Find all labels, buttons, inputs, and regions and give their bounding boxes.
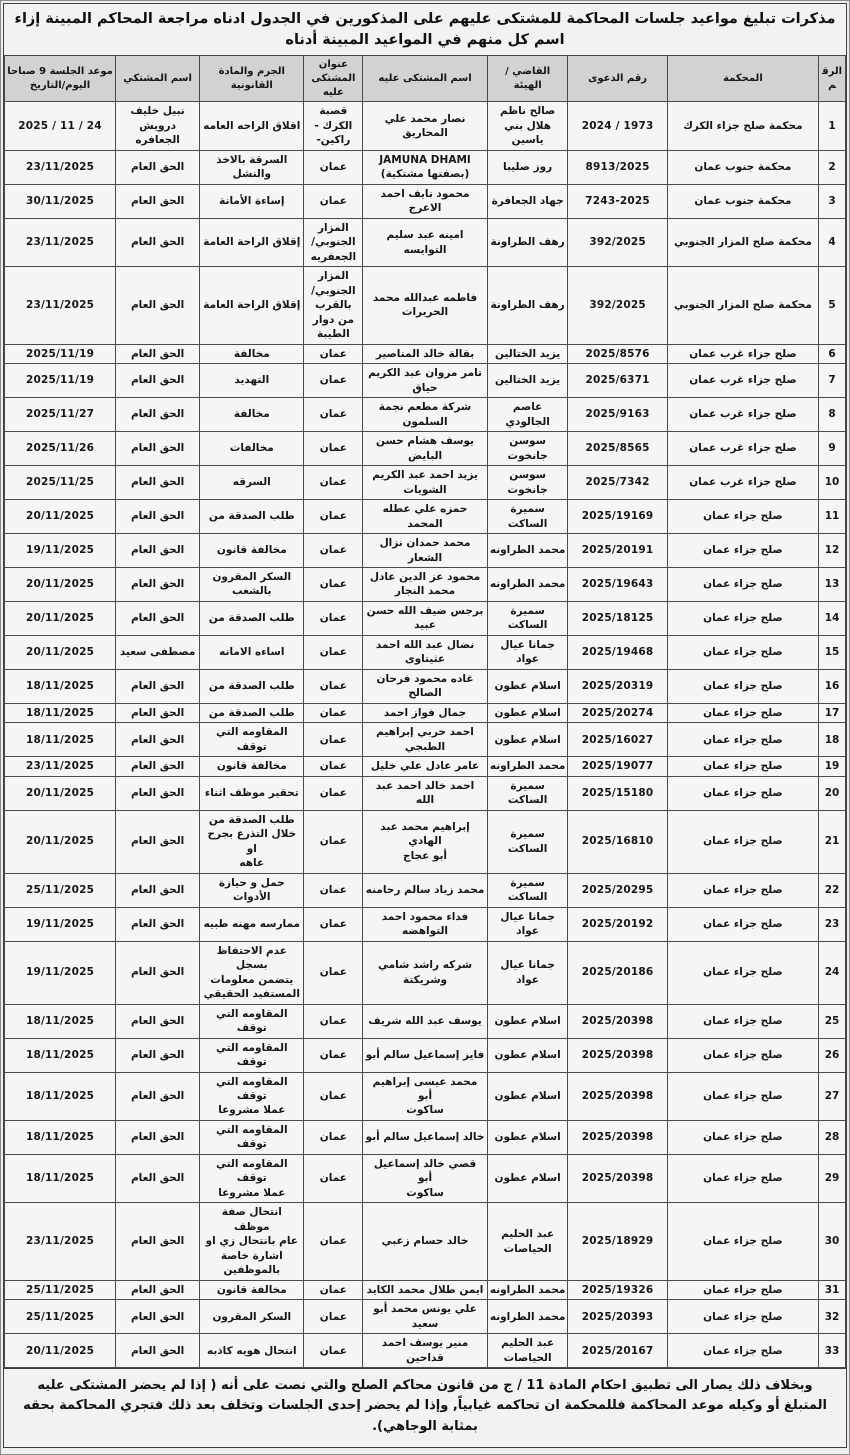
cell-case_no: 2025/19326 — [568, 1280, 667, 1299]
cell-complainant: الحق العام — [116, 703, 200, 722]
table-row: 13صلح جزاء عمان2025/19643محمد الطراونهمح… — [5, 567, 846, 601]
cell-case_no: 2025/20398 — [568, 1004, 667, 1038]
cell-court: صلح جزاء غرب عمان — [667, 466, 818, 500]
cell-address: قصبة الكرك - راكين- — [304, 102, 363, 150]
cell-judge: جمانا عيال عواد — [487, 941, 568, 1004]
cell-date: 24 / 11 / 2025 — [5, 102, 116, 150]
cell-date: 18/11/2025 — [5, 1154, 116, 1202]
table-row: 23صلح جزاء عمان2025/20192جمانا عيال عواد… — [5, 907, 846, 941]
table-row: 19صلح جزاء عمان2025/19077محمد الطراونهعا… — [5, 757, 846, 776]
cell-case_no: 2025/20191 — [568, 534, 667, 568]
column-header-address: عنوان المشتكى عليه — [304, 56, 363, 102]
cell-crime: المقاومه التي توقف عملا مشروعا — [200, 1072, 304, 1120]
cell-case_no: 2025/19468 — [568, 635, 667, 669]
cell-address: عمان — [304, 1004, 363, 1038]
cell-judge: عبد الحليم الحياصات — [487, 1334, 568, 1368]
cell-defendant: احمد خالد احمد عبد الله — [363, 776, 487, 810]
cell-court: صلح جزاء غرب عمان — [667, 364, 818, 398]
cell-address: عمان — [304, 669, 363, 703]
column-header-num: الرقم — [819, 56, 846, 102]
cell-court: محكمة جنوب عمان — [667, 150, 818, 184]
cell-court: صلح جزاء عمان — [667, 601, 818, 635]
cell-address: عمان — [304, 1120, 363, 1154]
cell-date: 23/11/2025 — [5, 218, 116, 266]
cell-crime: المقاومه التي توقف — [200, 1120, 304, 1154]
table-row: 6صلح جزاء غرب عمان2025/8576يزيد الختالين… — [5, 344, 846, 363]
cell-address: عمان — [304, 364, 363, 398]
column-header-crime: الجرم والمادة القانونية — [200, 56, 304, 102]
cell-crime: إقلاق الراحة العامة — [200, 267, 304, 344]
table-row: 5محكمة صلح المزار الجنوبي392/2025رهف الط… — [5, 267, 846, 344]
cell-case_no: 2025/7342 — [568, 466, 667, 500]
cell-crime: انتحال صفة موظف عام بانتحال زي او اشارة … — [200, 1203, 304, 1280]
cell-date: 20/11/2025 — [5, 776, 116, 810]
cell-complainant: الحق العام — [116, 776, 200, 810]
cell-judge: عاصم الجالودي — [487, 398, 568, 432]
cell-complainant: الحق العام — [116, 1154, 200, 1202]
cell-num: 18 — [819, 723, 846, 757]
document-border-frame: مذكرات تبليغ مواعيد جلسات المحاكمة للمشت… — [3, 3, 847, 1448]
cell-date: 20/11/2025 — [5, 1334, 116, 1368]
table-row: 28صلح جزاء عمان2025/20398اسلام عطونخالد … — [5, 1120, 846, 1154]
cell-crime: التهديد — [200, 364, 304, 398]
table-row: 33صلح جزاء عمان2025/20167عبد الحليم الحي… — [5, 1334, 846, 1368]
cell-judge: يزيد الختالين — [487, 364, 568, 398]
cell-complainant: الحق العام — [116, 432, 200, 466]
cell-num: 26 — [819, 1038, 846, 1072]
cell-defendant: نصار محمد علي المحاريق — [363, 102, 487, 150]
cell-case_no: 2025/6371 — [568, 364, 667, 398]
table-row: 16صلح جزاء عمان2025/20319اسلام عطونغاده … — [5, 669, 846, 703]
cell-court: صلح جزاء عمان — [667, 1334, 818, 1368]
cell-address: عمان — [304, 941, 363, 1004]
cell-num: 28 — [819, 1120, 846, 1154]
cell-defendant: امينه عبد سليم التوايسه — [363, 218, 487, 266]
cell-defendant: غاده محمود فرحان الصالح — [363, 669, 487, 703]
cell-court: صلح جزاء عمان — [667, 1300, 818, 1334]
cell-complainant: الحق العام — [116, 1120, 200, 1154]
cell-num: 30 — [819, 1203, 846, 1280]
cell-court: صلح جزاء عمان — [667, 534, 818, 568]
cell-defendant: شركه راشد شامي وشريكتة — [363, 941, 487, 1004]
cell-defendant: فاطمه عبدالله محمد الحريرات — [363, 267, 487, 344]
cell-case_no: 8913/2025 — [568, 150, 667, 184]
cell-court: صلح جزاء غرب عمان — [667, 398, 818, 432]
cell-num: 13 — [819, 567, 846, 601]
cell-complainant: الحق العام — [116, 1280, 200, 1299]
cell-court: محكمة صلح المزار الجنوبي — [667, 267, 818, 344]
cell-case_no: 2025/20186 — [568, 941, 667, 1004]
cell-address: عمان — [304, 907, 363, 941]
cell-judge: جهاد الجعافرة — [487, 184, 568, 218]
cell-judge: اسلام عطون — [487, 1120, 568, 1154]
cell-case_no: 2025/18929 — [568, 1203, 667, 1280]
cell-crime: السكر المقرون بالشغب — [200, 567, 304, 601]
cell-num: 14 — [819, 601, 846, 635]
cell-complainant: الحق العام — [116, 466, 200, 500]
cell-num: 23 — [819, 907, 846, 941]
cell-num: 9 — [819, 432, 846, 466]
cell-court: محكمة جنوب عمان — [667, 184, 818, 218]
cell-court: صلح جزاء غرب عمان — [667, 344, 818, 363]
cell-judge: سميرة الساكت — [487, 601, 568, 635]
cell-complainant: الحق العام — [116, 757, 200, 776]
cell-complainant: الحق العام — [116, 364, 200, 398]
table-row: 30صلح جزاء عمان2025/18929عبد الحليم الحي… — [5, 1203, 846, 1280]
cell-date: 2025/11/27 — [5, 398, 116, 432]
cell-crime: عدم الاحتفاظ بسجل يتضمن معلومات المستفيد… — [200, 941, 304, 1004]
cell-address: عمان — [304, 1334, 363, 1368]
cell-date: 18/11/2025 — [5, 723, 116, 757]
cell-crime: مخالفة — [200, 398, 304, 432]
document-page: مذكرات تبليغ مواعيد جلسات المحاكمة للمشت… — [0, 0, 850, 1455]
cell-case_no: 392/2025 — [568, 218, 667, 266]
cell-complainant: الحق العام — [116, 1004, 200, 1038]
cell-complainant: الحق العام — [116, 1334, 200, 1368]
cell-court: صلح جزاء عمان — [667, 723, 818, 757]
cell-complainant: الحق العام — [116, 344, 200, 363]
cell-crime: انتحال هويه كاذبه — [200, 1334, 304, 1368]
cell-complainant: الحق العام — [116, 1038, 200, 1072]
cell-defendant: فايز إسماعيل سالم أبو — [363, 1038, 487, 1072]
cell-complainant: الحق العام — [116, 567, 200, 601]
cell-address: عمان — [304, 1154, 363, 1202]
cell-date: 2025/11/19 — [5, 364, 116, 398]
cell-address: عمان — [304, 432, 363, 466]
cell-num: 33 — [819, 1334, 846, 1368]
cell-date: 23/11/2025 — [5, 150, 116, 184]
table-row: 15صلح جزاء عمان2025/19468جمانا عيال عواد… — [5, 635, 846, 669]
cell-complainant: الحق العام — [116, 810, 200, 873]
page-title: مذكرات تبليغ مواعيد جلسات المحاكمة للمشت… — [4, 4, 846, 55]
cell-judge: اسلام عطون — [487, 1038, 568, 1072]
cell-address: عمان — [304, 466, 363, 500]
cell-crime: تحقير موظف اثناء — [200, 776, 304, 810]
cell-case_no: 7243-2025 — [568, 184, 667, 218]
cell-num: 31 — [819, 1280, 846, 1299]
table-row: 7صلح جزاء غرب عمان2025/6371يزيد الختالين… — [5, 364, 846, 398]
cell-case_no: 2025/19643 — [568, 567, 667, 601]
cell-defendant: منير يوسف احمد قداحين — [363, 1334, 487, 1368]
cell-crime: طلب الصدقة من — [200, 703, 304, 722]
cell-complainant: الحق العام — [116, 1203, 200, 1280]
cell-crime: مخالفات — [200, 432, 304, 466]
cell-crime: السرقه — [200, 466, 304, 500]
cell-crime: إساءة الأمانة — [200, 184, 304, 218]
cell-crime: مخالفة قانون — [200, 534, 304, 568]
cell-defendant: خالد إسماعيل سالم أبو — [363, 1120, 487, 1154]
table-row: 29صلح جزاء عمان2025/20398اسلام عطونقصي خ… — [5, 1154, 846, 1202]
cell-court: صلح جزاء عمان — [667, 635, 818, 669]
cell-date: 19/11/2025 — [5, 534, 116, 568]
cell-crime: المقاومه التي توقف — [200, 1004, 304, 1038]
cell-case_no: 2025/20319 — [568, 669, 667, 703]
cell-date: 19/11/2025 — [5, 941, 116, 1004]
cell-court: صلح جزاء عمان — [667, 776, 818, 810]
cell-crime: السكر المقرون — [200, 1300, 304, 1334]
table-row: 27صلح جزاء عمان2025/20398اسلام عطونمحمد … — [5, 1072, 846, 1120]
cell-date: 30/11/2025 — [5, 184, 116, 218]
legal-notice-footer: وبخلاف ذلك يصار الى تطبيق احكام المادة 1… — [4, 1368, 846, 1446]
cell-defendant: احمد حربي إبراهيم الطبجي — [363, 723, 487, 757]
cell-address: المزار الجنوبي/ الجعفريه — [304, 218, 363, 266]
cell-date: 2025/11/19 — [5, 344, 116, 363]
cell-case_no: 2025/8576 — [568, 344, 667, 363]
cell-address: عمان — [304, 873, 363, 907]
cell-date: 20/11/2025 — [5, 601, 116, 635]
cell-num: 27 — [819, 1072, 846, 1120]
cell-judge: عبد الحليم الحياصات — [487, 1203, 568, 1280]
cell-address: عمان — [304, 150, 363, 184]
table-row: 20صلح جزاء عمان2025/15180سميرة الساكتاحم… — [5, 776, 846, 810]
cell-complainant: الحق العام — [116, 218, 200, 266]
cell-judge: محمد الطراونه — [487, 534, 568, 568]
cell-court: صلح جزاء عمان — [667, 941, 818, 1004]
case-table-body: 1محكمة صلح جزاء الكرك1973 / 2024صالح ناظ… — [5, 102, 846, 1368]
cell-defendant: يزيد احمد عبد الكريم الشويات — [363, 466, 487, 500]
table-row: 2محكمة جنوب عمان8913/2025روز صليباJAMUNA… — [5, 150, 846, 184]
cell-court: صلح جزاء عمان — [667, 1203, 818, 1280]
cell-address: عمان — [304, 723, 363, 757]
cell-complainant: الحق العام — [116, 601, 200, 635]
cell-court: صلح جزاء عمان — [667, 669, 818, 703]
cell-num: 15 — [819, 635, 846, 669]
cell-defendant: إبراهيم محمد عبد الهادي أبو عجاج — [363, 810, 487, 873]
cell-judge: رهف الطراونة — [487, 218, 568, 266]
cell-defendant: محمد حمدان نزال الشعار — [363, 534, 487, 568]
cell-court: صلح جزاء عمان — [667, 703, 818, 722]
cell-court: صلح جزاء عمان — [667, 757, 818, 776]
cell-date: 18/11/2025 — [5, 1004, 116, 1038]
cell-num: 32 — [819, 1300, 846, 1334]
cell-judge: سميرة الساكت — [487, 873, 568, 907]
table-row: 31صلح جزاء عمان2025/19326محمد الطراونهاي… — [5, 1280, 846, 1299]
cell-case_no: 2025/20398 — [568, 1120, 667, 1154]
cell-address: عمان — [304, 398, 363, 432]
table-row: 32صلح جزاء عمان2025/20393محمد الطراونهعل… — [5, 1300, 846, 1334]
cell-court: صلح جزاء عمان — [667, 907, 818, 941]
cell-case_no: 2025/20192 — [568, 907, 667, 941]
cell-address: عمان — [304, 344, 363, 363]
cell-complainant: الحق العام — [116, 873, 200, 907]
cell-judge: يزيد الختالين — [487, 344, 568, 363]
cell-defendant: حمزه علي عطله المحمد — [363, 500, 487, 534]
cell-complainant: الحق العام — [116, 500, 200, 534]
cell-num: 20 — [819, 776, 846, 810]
cell-judge: محمد الطراونه — [487, 1300, 568, 1334]
cell-case_no: 2025/20295 — [568, 873, 667, 907]
column-header-complainant: اسم المشتكي — [116, 56, 200, 102]
table-row: 11صلح جزاء عمان2025/19169سميرة الساكتحمز… — [5, 500, 846, 534]
cell-case_no: 2025/19169 — [568, 500, 667, 534]
cell-case_no: 2025/15180 — [568, 776, 667, 810]
cell-date: 20/11/2025 — [5, 500, 116, 534]
cell-crime: المقاومه التي توقف — [200, 1038, 304, 1072]
cell-crime: ممارسه مهنه طبيه — [200, 907, 304, 941]
cell-num: 6 — [819, 344, 846, 363]
cell-court: صلح جزاء عمان — [667, 873, 818, 907]
table-row: 8صلح جزاء غرب عمان2025/9163عاصم الجالودي… — [5, 398, 846, 432]
cell-complainant: الحق العام — [116, 534, 200, 568]
cell-date: 25/11/2025 — [5, 1280, 116, 1299]
cell-case_no: 2025/8565 — [568, 432, 667, 466]
cell-date: 18/11/2025 — [5, 703, 116, 722]
cell-complainant: الحق العام — [116, 184, 200, 218]
cell-num: 10 — [819, 466, 846, 500]
cell-num: 4 — [819, 218, 846, 266]
cell-defendant: تامر مروان عبد الكريم حياق — [363, 364, 487, 398]
table-row: 14صلح جزاء عمان2025/18125سميرة الساكتبرج… — [5, 601, 846, 635]
table-header-row: الرقمالمحكمةرقم الدعوىالقاضي / الهيئةاسم… — [5, 56, 846, 102]
cell-court: صلح جزاء عمان — [667, 1280, 818, 1299]
cell-judge: محمد الطراونه — [487, 757, 568, 776]
cell-address: عمان — [304, 776, 363, 810]
cell-defendant: محمد عيسى إبراهيم أبو ساكوت — [363, 1072, 487, 1120]
cell-case_no: 2025/20398 — [568, 1072, 667, 1120]
cell-court: صلح جزاء عمان — [667, 567, 818, 601]
cell-num: 21 — [819, 810, 846, 873]
cell-date: 20/11/2025 — [5, 567, 116, 601]
cell-judge: سميرة الساكت — [487, 776, 568, 810]
court-sessions-table: الرقمالمحكمةرقم الدعوىالقاضي / الهيئةاسم… — [4, 55, 846, 1368]
cell-num: 5 — [819, 267, 846, 344]
cell-address: عمان — [304, 1038, 363, 1072]
table-row: 12صلح جزاء عمان2025/20191محمد الطراونهمح… — [5, 534, 846, 568]
cell-date: 18/11/2025 — [5, 1038, 116, 1072]
cell-case_no: 2025/16027 — [568, 723, 667, 757]
cell-num: 17 — [819, 703, 846, 722]
column-header-defendant: اسم المشتكى عليه — [363, 56, 487, 102]
cell-court: صلح جزاء عمان — [667, 500, 818, 534]
cell-date: 18/11/2025 — [5, 669, 116, 703]
cell-num: 22 — [819, 873, 846, 907]
cell-complainant: الحق العام — [116, 669, 200, 703]
cell-court: صلح جزاء عمان — [667, 1004, 818, 1038]
cell-address: المزار الجنوبي/ بالقرب من دوار الطيبة — [304, 267, 363, 344]
cell-date: 18/11/2025 — [5, 1120, 116, 1154]
cell-complainant: الحق العام — [116, 150, 200, 184]
cell-complainant: الحق العام — [116, 723, 200, 757]
cell-address: عمان — [304, 184, 363, 218]
cell-crime: اساءه الامانه — [200, 635, 304, 669]
cell-date: 25/11/2025 — [5, 873, 116, 907]
cell-crime: السرقة بالاخذ والنشل — [200, 150, 304, 184]
column-header-case_no: رقم الدعوى — [568, 56, 667, 102]
cell-case_no: 2025/20398 — [568, 1154, 667, 1202]
cell-complainant: الحق العام — [116, 907, 200, 941]
cell-crime: مخالفة قانون — [200, 757, 304, 776]
cell-judge: سوسن جانخوت — [487, 432, 568, 466]
cell-defendant: عامر عادل علي خليل — [363, 757, 487, 776]
column-header-court: المحكمة — [667, 56, 818, 102]
cell-num: 3 — [819, 184, 846, 218]
cell-judge: محمد الطراونه — [487, 567, 568, 601]
cell-defendant: يوسف هشام حسن البايض — [363, 432, 487, 466]
cell-num: 1 — [819, 102, 846, 150]
cell-court: صلح جزاء عمان — [667, 1120, 818, 1154]
cell-court: صلح جزاء عمان — [667, 1038, 818, 1072]
table-row: 10صلح جزاء غرب عمان2025/7342سوسن جانخوتي… — [5, 466, 846, 500]
cell-num: 11 — [819, 500, 846, 534]
cell-address: عمان — [304, 601, 363, 635]
cell-date: 2025/11/25 — [5, 466, 116, 500]
cell-complainant: الحق العام — [116, 1072, 200, 1120]
cell-case_no: 2025/19077 — [568, 757, 667, 776]
table-row: 21صلح جزاء عمان2025/16810سميرة الساكتإبر… — [5, 810, 846, 873]
cell-defendant: قصي خالد إسماعيل أبو ساكوت — [363, 1154, 487, 1202]
cell-court: محكمة صلح جزاء الكرك — [667, 102, 818, 150]
cell-complainant: الحق العام — [116, 398, 200, 432]
column-header-date: موعد الجلسة 9 صباحا اليوم/التاريخ — [5, 56, 116, 102]
cell-case_no: 2025/20167 — [568, 1334, 667, 1368]
table-row: 22صلح جزاء عمان2025/20295سميرة الساكتمحم… — [5, 873, 846, 907]
cell-date: 20/11/2025 — [5, 635, 116, 669]
column-header-judge: القاضي / الهيئة — [487, 56, 568, 102]
cell-num: 12 — [819, 534, 846, 568]
cell-defendant: جمال فواز احمد — [363, 703, 487, 722]
cell-address: عمان — [304, 1072, 363, 1120]
cell-date: 23/11/2025 — [5, 757, 116, 776]
cell-defendant: بقالة خالد المناصير — [363, 344, 487, 363]
cell-defendant: JAMUNA DHAMI (بصفتها مشتكية) — [363, 150, 487, 184]
cell-crime: اقلاق الراحه العامه — [200, 102, 304, 150]
cell-num: 25 — [819, 1004, 846, 1038]
cell-num: 8 — [819, 398, 846, 432]
cell-case_no: 2025/20274 — [568, 703, 667, 722]
cell-date: 2025/11/26 — [5, 432, 116, 466]
cell-defendant: نضال عبد الله احمد عثيتاوى — [363, 635, 487, 669]
cell-complainant: الحق العام — [116, 1300, 200, 1334]
table-row: 3محكمة جنوب عمان7243-2025جهاد الجعافرةمح… — [5, 184, 846, 218]
cell-judge: سميرة الساكت — [487, 500, 568, 534]
cell-address: عمان — [304, 1300, 363, 1334]
table-row: 18صلح جزاء عمان2025/16027اسلام عطوناحمد … — [5, 723, 846, 757]
table-header: الرقمالمحكمةرقم الدعوىالقاضي / الهيئةاسم… — [5, 56, 846, 102]
cell-complainant: الحق العام — [116, 267, 200, 344]
cell-case_no: 2025/20393 — [568, 1300, 667, 1334]
table-row: 4محكمة صلح المزار الجنوبي392/2025رهف الط… — [5, 218, 846, 266]
cell-complainant: مصطفى سعيد — [116, 635, 200, 669]
cell-address: عمان — [304, 703, 363, 722]
cell-date: 23/11/2025 — [5, 267, 116, 344]
cell-num: 2 — [819, 150, 846, 184]
cell-address: عمان — [304, 635, 363, 669]
cell-num: 29 — [819, 1154, 846, 1202]
cell-court: صلح جزاء عمان — [667, 810, 818, 873]
cell-address: عمان — [304, 567, 363, 601]
cell-judge: جمانا عيال عواد — [487, 635, 568, 669]
cell-defendant: يوسف عبد الله شريف — [363, 1004, 487, 1038]
cell-judge: اسلام عطون — [487, 703, 568, 722]
cell-judge: روز صليبا — [487, 150, 568, 184]
cell-address: عمان — [304, 1203, 363, 1280]
cell-complainant: الحق العام — [116, 941, 200, 1004]
cell-address: عمان — [304, 534, 363, 568]
cell-case_no: 2025/20398 — [568, 1038, 667, 1072]
cell-judge: محمد الطراونه — [487, 1280, 568, 1299]
table-row: 24صلح جزاء عمان2025/20186جمانا عيال عواد… — [5, 941, 846, 1004]
table-row: 26صلح جزاء عمان2025/20398اسلام عطونفايز … — [5, 1038, 846, 1072]
table-row: 9صلح جزاء غرب عمان2025/8565سوسن جانخوتيو… — [5, 432, 846, 466]
cell-judge: اسلام عطون — [487, 1072, 568, 1120]
cell-date: 19/11/2025 — [5, 907, 116, 941]
cell-defendant: ايمن طلال محمد الكايد — [363, 1280, 487, 1299]
cell-court: صلح جزاء عمان — [667, 1072, 818, 1120]
cell-crime: طلب الصدقة من خلال التذرع بجرح او عاهه — [200, 810, 304, 873]
cell-defendant: محمود نايف احمد الاعرج — [363, 184, 487, 218]
cell-court: صلح جزاء غرب عمان — [667, 432, 818, 466]
cell-defendant: خالد حسام زعبي — [363, 1203, 487, 1280]
